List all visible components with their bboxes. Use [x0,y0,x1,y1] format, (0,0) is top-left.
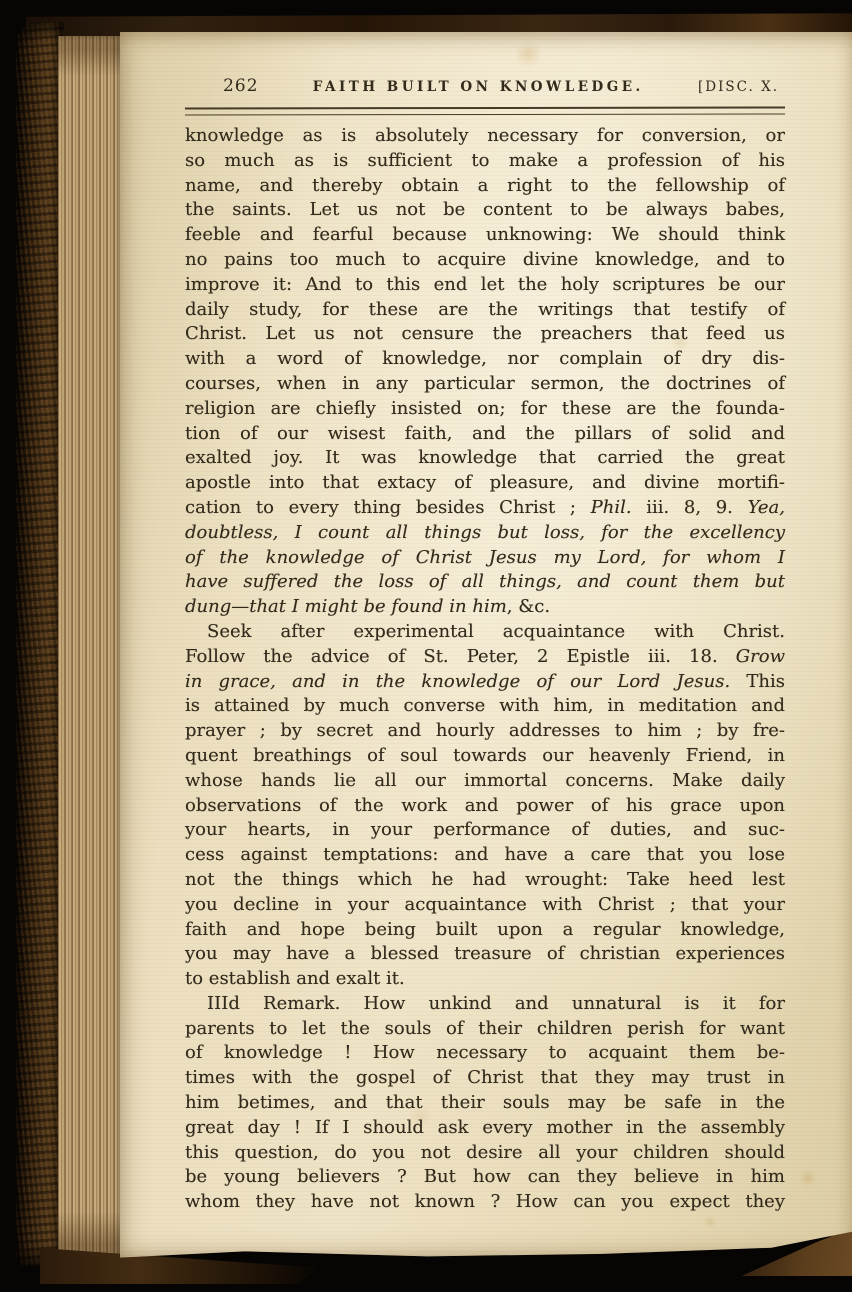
text-line: religion are chiefly insisted on; for th… [185,397,785,422]
text-line: whose hands lie all our immortal concern… [185,769,785,794]
text-line: apostle into that extacy of pleasure, an… [185,471,785,496]
text-line: in grace, and in the knowledge of our Lo… [185,670,785,695]
page-body-text: knowledge as is absolutely necessary for… [185,124,785,1215]
text-line: improve it: And to this end let the holy… [185,273,785,298]
text-line: Christ. Let us not censure the preachers… [185,322,785,347]
text-line: faith and hope being built upon a regula… [185,918,785,943]
text-line: be young believers ? But how can they be… [185,1165,785,1190]
text-line: doubtless, I count all things but loss, … [185,521,785,546]
text-line: knowledge as is absolutely necessary for… [185,124,785,149]
text-line: the saints. Let us not be content to be … [185,198,785,223]
running-title: FAITH BUILT ON KNOWLEDGE. [258,79,698,95]
text-line: IIId Remark. How unkind and unnatural is… [185,992,785,1017]
book-page-edges [58,36,122,1262]
discourse-label: [DISC. X. [698,79,779,95]
text-line: is attained by much converse with him, i… [185,694,785,719]
text-line: Seek after experimental acquaintance wit… [185,620,785,645]
text-line: so much as is sufficient to make a profe… [185,149,785,174]
text-line: cation to every thing besides Christ ; P… [185,496,785,521]
text-line: of the knowledge of Christ Jesus my Lord… [185,546,785,571]
printed-area: 262 FAITH BUILT ON KNOWLEDGE. [DISC. X. … [185,76,785,1215]
book-photo-scene: 262 FAITH BUILT ON KNOWLEDGE. [DISC. X. … [0,0,852,1292]
text-line: dung—that I might be found in him, &c. [185,595,785,620]
text-line: Follow the advice of St. Peter, 2 Epistl… [185,645,785,670]
page-number: 262 [223,76,259,96]
text-line: not the things which he had wrought: Tak… [185,868,785,893]
text-line: of knowledge ! How necessary to acquaint… [185,1041,785,1066]
text-line: whom they have not known ? How can you e… [185,1190,785,1215]
text-line: him betimes, and that their souls may be… [185,1091,785,1116]
page-header: 262 FAITH BUILT ON KNOWLEDGE. [DISC. X. [185,76,785,100]
text-line: you decline in your acquaintance with Ch… [185,893,785,918]
text-line: name, and thereby obtain a right to the … [185,174,785,199]
text-line: times with the gospel of Christ that the… [185,1066,785,1091]
text-line: cess against temptations: and have a car… [185,843,785,868]
text-line: with a word of knowledge, nor complain o… [185,347,785,372]
text-line: this question, do you not desire all you… [185,1141,785,1166]
text-line: great day ! If I should ask every mother… [185,1116,785,1141]
text-line: courses, when in any particular sermon, … [185,372,785,397]
text-line: prayer ; by secret and hourly addresses … [185,719,785,744]
text-line: have suffered the loss of all things, an… [185,570,785,595]
header-double-rule [185,106,785,115]
text-line: tion of our wisest faith, and the pillar… [185,422,785,447]
text-line: parents to let the souls of their childr… [185,1017,785,1042]
text-line: to establish and exalt it. [185,967,785,992]
text-line: quent breathings of soul towards our hea… [185,744,785,769]
text-line: you may have a blessed treasure of chris… [185,942,785,967]
text-line: no pains too much to acquire divine know… [185,248,785,273]
text-line: exalted joy. It was knowledge that carri… [185,446,785,471]
text-line: daily study, for these are the writings … [185,298,785,323]
text-line: feeble and fearful because unknowing: We… [185,223,785,248]
book-spine-leather [16,22,64,1266]
text-line: your hearts, in your performance of duti… [185,818,785,843]
book-page: 262 FAITH BUILT ON KNOWLEDGE. [DISC. X. … [120,32,852,1260]
text-line: observations of the work and power of hi… [185,794,785,819]
